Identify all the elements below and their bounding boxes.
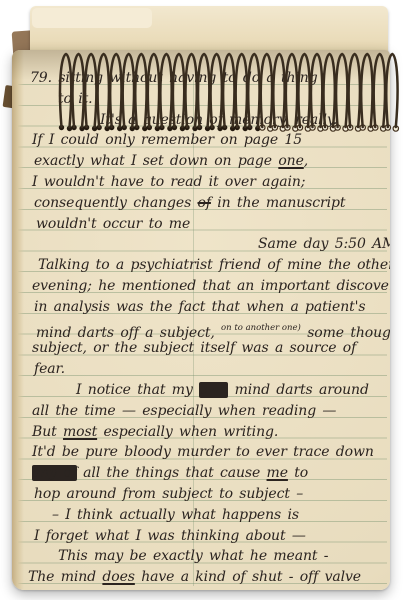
spiral-coil (198, 54, 209, 127)
handwriting: 79. sitting without having to do a thing… (28, 68, 390, 588)
spiral-coil (273, 54, 284, 127)
spiral-coil (311, 54, 322, 127)
handwriting-text: hop around from subject to subject – (34, 486, 303, 502)
spiral-coil (374, 54, 385, 127)
handwriting-text: The mind (28, 569, 102, 585)
spiral-binding (0, 40, 404, 136)
underlined-word: does (102, 569, 134, 585)
underlined-word: one (278, 153, 303, 169)
handwriting-text: consequently changes (34, 195, 198, 211)
inserted-note: on to another one) (221, 323, 301, 333)
spiral-coil (211, 54, 222, 127)
spiral-coil (173, 54, 184, 127)
handwriting-text: exactly what I set down on page (34, 153, 278, 169)
spiral-coil (160, 54, 171, 127)
spiral-coil (135, 54, 146, 127)
handwritten-line: consequently changes of in the manuscrip… (28, 193, 390, 214)
notebook-photo: 79. sitting without having to do a thing… (0, 0, 404, 600)
handwritten-line: But most especially when writing. (28, 422, 390, 443)
spiral-coil (85, 54, 96, 127)
handwriting-text: , (304, 153, 308, 169)
handwriting-text: have a kind of shut - off valve (135, 569, 361, 585)
handwritten-line: subject, or the subject itself was a sou… (28, 338, 390, 359)
handwritten-line: any of all the things that cause me to (28, 463, 390, 484)
handwritten-line: evening; he mentioned that an important … (28, 276, 390, 297)
handwriting-text: I wouldn't have to read it over again; (32, 174, 305, 190)
handwriting-text: all the things that cause (77, 465, 267, 481)
handwritten-line: Talking to a psychiatrist friend of mine… (28, 255, 390, 276)
handwritten-line: The mind does have a kind of shut - off … (28, 567, 390, 588)
handwritten-line: I wouldn't have to read it over again; (28, 172, 390, 193)
spiral-coil (261, 54, 272, 127)
handwriting-text: This may be exactly what he meant - (58, 548, 328, 564)
spiral-coil (185, 54, 196, 127)
handwritten-line: This may be exactly what he meant - (28, 546, 390, 567)
spiral-coil (223, 54, 234, 127)
spiral-coil (361, 54, 372, 127)
spiral-coil (298, 54, 309, 127)
handwritten-line: mind darts off a subject, on to another … (28, 318, 390, 339)
handwritten-line: in analysis was the fact that when a pat… (28, 297, 390, 318)
handwriting-text: in analysis was the fact that when a pat… (34, 299, 366, 315)
spiral-coil (148, 54, 159, 127)
underlined-word: me (267, 465, 288, 481)
handwriting-text: Talking to a psychiatrist friend of mine… (38, 257, 390, 273)
scribbled-out-word: any of (32, 465, 77, 481)
handwriting-text: in the manuscript (211, 195, 345, 211)
spiral-coil (286, 54, 297, 127)
underlined-word: most (63, 424, 97, 440)
spiral-coil (110, 54, 121, 127)
handwritten-line: exactly what I set down on page one, (28, 151, 390, 172)
handwriting-text: I notice that my (76, 382, 199, 398)
spiral-coil (386, 54, 397, 127)
spiral-coil (98, 54, 109, 127)
struck-out-word: of (198, 195, 211, 211)
handwriting-text: subject, or the subject itself was a sou… (32, 340, 356, 356)
handwriting-text: – I think actually what happens is (52, 507, 299, 523)
handwriting-text: evening; he mentioned that an important … (32, 278, 390, 294)
handwritten-line: fear. (28, 359, 390, 380)
handwriting-text: It'd be pure bloody murder to ever trace… (32, 444, 374, 460)
handwriting-text: Same day 5:50 AM (258, 236, 390, 252)
handwriting-text: to (288, 465, 308, 481)
spiral-coil (236, 54, 247, 127)
spiral-coil (73, 54, 84, 127)
handwritten-line: – I think actually what happens is (28, 505, 390, 526)
spiral-coil (324, 54, 335, 127)
handwritten-line: It'd be pure bloody murder to ever trace… (28, 442, 390, 463)
handwritten-line: I forget what I was thinking about — (28, 526, 390, 547)
handwriting-text: all the time — especially when reading — (32, 403, 336, 419)
handwriting-text: fear. (34, 361, 65, 377)
handwriting-text: wouldn't occur to me (36, 216, 190, 232)
spiral-coil (336, 54, 347, 127)
spiral-coil (60, 54, 71, 127)
scribbled-out-word: own (199, 382, 228, 398)
spiral-coil (123, 54, 134, 127)
handwritten-line: Same day 5:50 AM (28, 234, 390, 255)
handwriting-text: But (32, 424, 63, 440)
spiral-coil (349, 54, 360, 127)
handwritten-line: wouldn't occur to me (28, 214, 390, 235)
handwritten-line: hop around from subject to subject – (28, 484, 390, 505)
handwritten-line: all the time — especially when reading — (28, 401, 390, 422)
spiral-coil (248, 54, 259, 127)
handwriting-text: especially when writing. (97, 424, 278, 440)
handwriting-text: mind darts around (228, 382, 369, 398)
handwritten-line: I notice that my own mind darts around (28, 380, 390, 401)
handwriting-text: I forget what I was thinking about — (34, 528, 306, 544)
